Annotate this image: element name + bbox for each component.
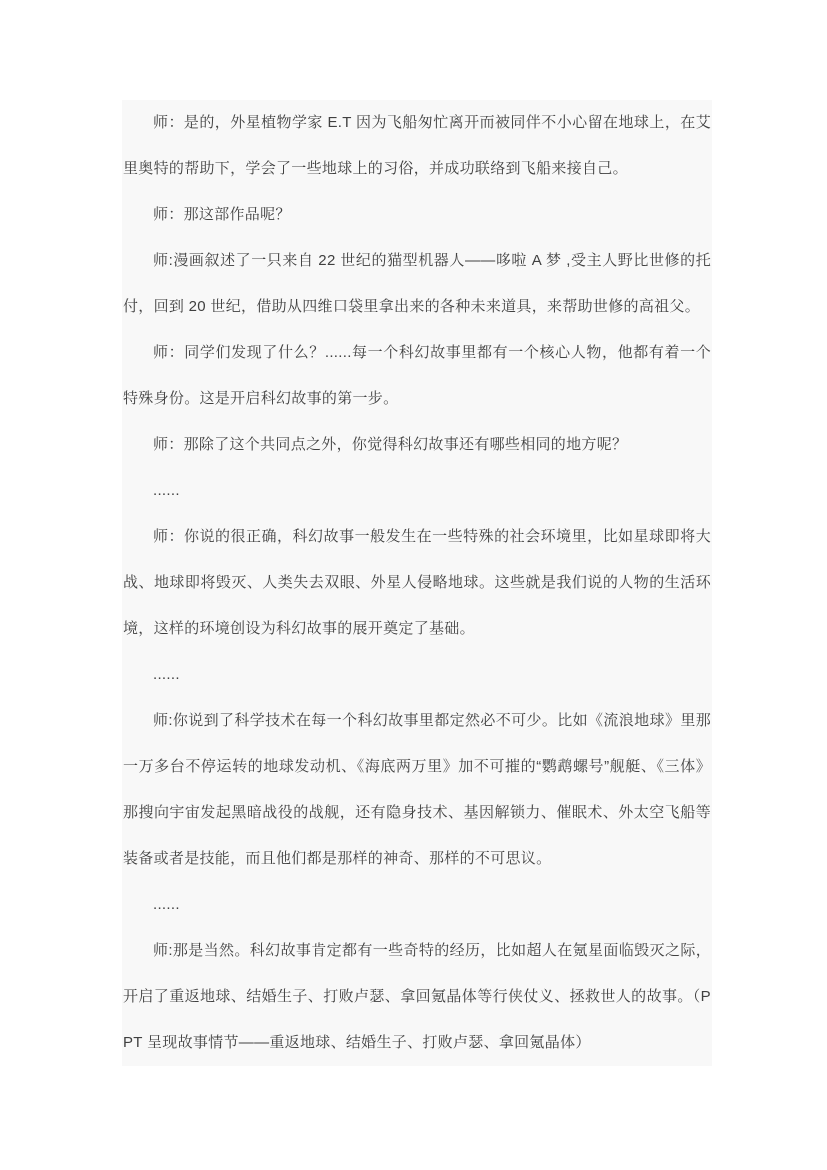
paragraph-ellipsis-2: ...... [123, 652, 711, 698]
document-page: 师：是的，外星植物学家 E.T 因为飞船匆忙离开而被同伴不小心留在地球上，在艾里… [122, 100, 712, 1066]
paragraph-teacher-4: 师：同学们发现了什么？......每一个科幻故事里都有一个核心人物，他都有着一个… [123, 330, 711, 422]
paragraph-teacher-6: 师：你说的很正确，科幻故事一般发生在一些特殊的社会环境里，比如星球即将大战、地球… [123, 514, 711, 652]
paragraph-teacher-2: 师：那这部作品呢？ [123, 192, 711, 238]
paragraph-ellipsis-3: ...... [123, 882, 711, 928]
paragraph-teacher-8: 师:那是当然。科幻故事肯定都有一些奇特的经历，比如超人在氪星面临毁灭之际，开启了… [123, 928, 711, 1066]
paragraph-teacher-1: 师：是的，外星植物学家 E.T 因为飞船匆忙离开而被同伴不小心留在地球上，在艾里… [123, 100, 711, 192]
paragraph-teacher-3: 师:漫画叙述了一只来自 22 世纪的猫型机器人——哆啦 A 梦 ,受主人野比世修… [123, 238, 711, 330]
paragraph-teacher-7: 师:你说到了科学技术在每一个科幻故事里都定然必不可少。比如《流浪地球》里那一万多… [123, 698, 711, 882]
paragraph-teacher-5: 师：那除了这个共同点之外，你觉得科幻故事还有哪些相同的地方呢？ [123, 422, 711, 468]
paragraph-ellipsis-1: ...... [123, 468, 711, 514]
